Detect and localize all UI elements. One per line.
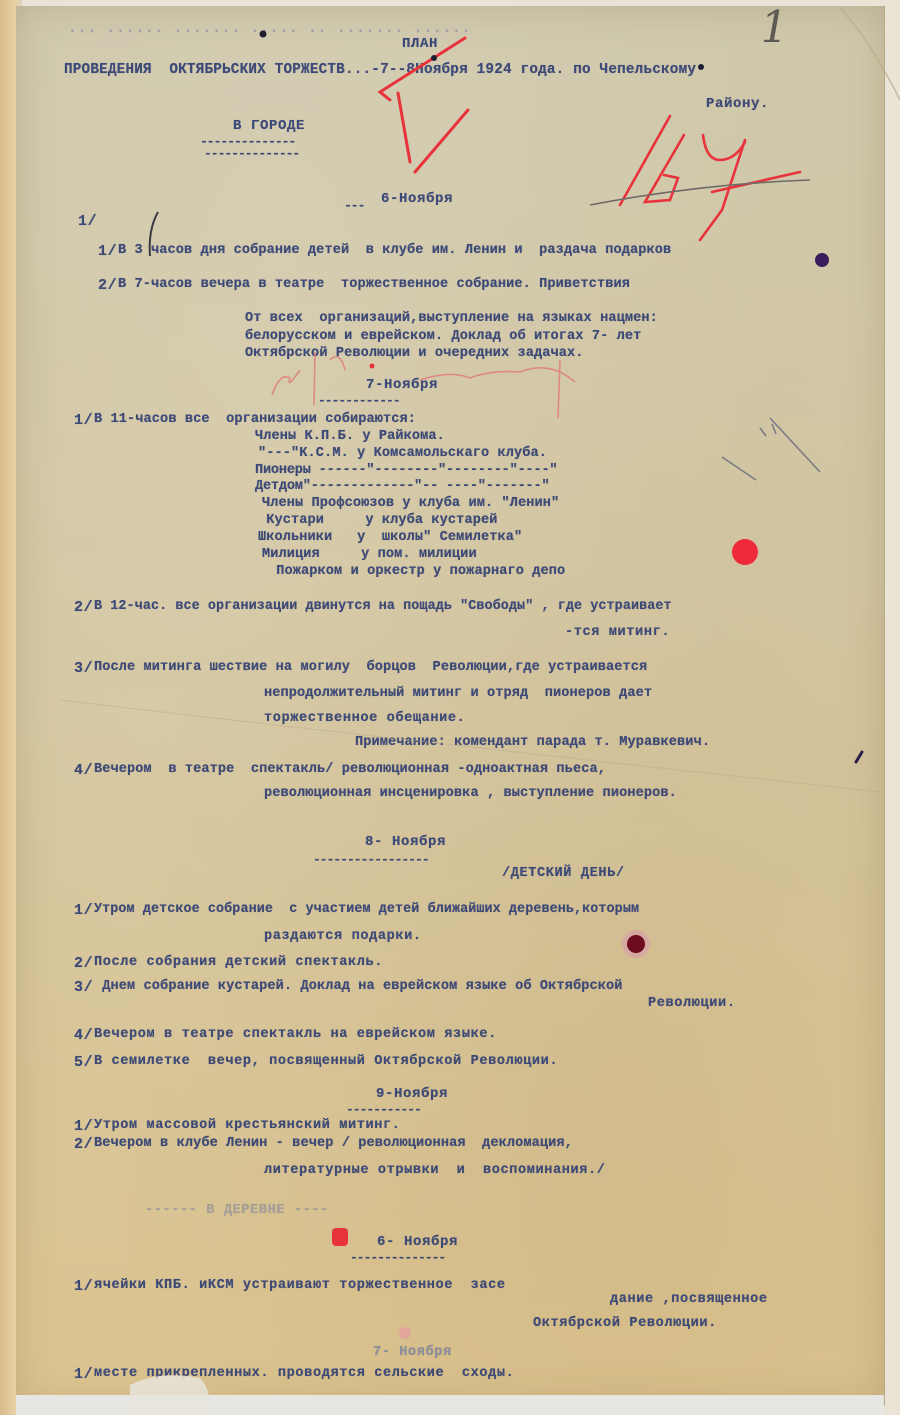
- ink-blot-icon: [815, 253, 829, 267]
- red-check-mark-icon: [380, 38, 468, 172]
- paper-damage-icon: [130, 1375, 209, 1415]
- gray-pencil-marks-icon: [722, 418, 820, 480]
- pencil-tick-icon: [150, 212, 158, 256]
- red-seal-dot-icon: [732, 539, 758, 565]
- red-archive-number-icon: [620, 116, 800, 240]
- red-pencil-scribble-icon: [272, 352, 575, 418]
- annotation-overlay: [0, 0, 900, 1415]
- dark-stain-dot-icon: [627, 935, 645, 953]
- red-seal-square-icon: [332, 1228, 348, 1246]
